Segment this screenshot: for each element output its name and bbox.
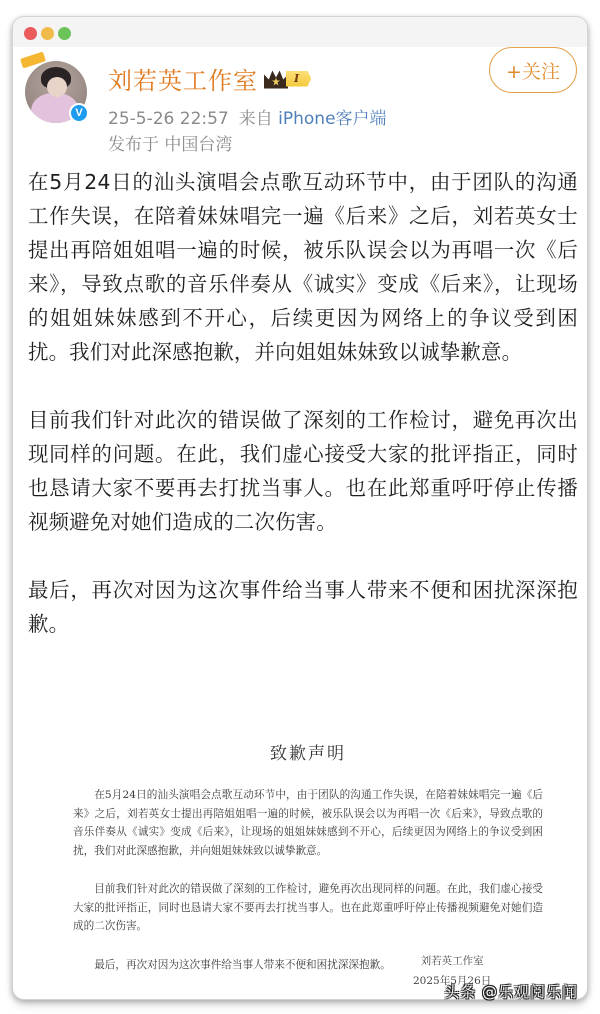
document-title: 致歉声明 xyxy=(73,739,543,764)
verified-icon: V xyxy=(69,103,89,123)
follow-button[interactable]: +关注 xyxy=(489,47,577,93)
document-paragraph-1: 在5月24日的汕头演唱会点歌互动环节中，由于团队的沟通工作失误，在陪着妹妹唱完一… xyxy=(73,786,543,860)
crown-icon xyxy=(264,69,288,89)
post-paragraph-2: 目前我们针对此次的错误做了深刻的工作检讨，避免再次出现同样的问题。在此，我们虚心… xyxy=(28,403,578,539)
watermark: 头条 @乐观阅乐闻 xyxy=(444,981,578,1002)
author-name[interactable]: 刘若英工作室 xyxy=(108,61,258,96)
avatar[interactable]: V xyxy=(25,61,87,123)
apology-document-image[interactable]: 致歉声明 在5月24日的汕头演唱会点歌互动环节中，由于团队的沟通工作失误，在陪着… xyxy=(73,727,543,997)
author-row: 刘若英工作室 I xyxy=(108,61,311,96)
post-body: 在5月24日的汕头演唱会点歌互动环节中，由于团队的沟通工作失误，在陪着妹妹唱完一… xyxy=(28,165,578,675)
post-location: 发布于 中国台湾 xyxy=(108,130,232,155)
title-bar xyxy=(13,17,587,47)
document-signature: 刘若英工作室 xyxy=(413,951,491,971)
post-header: V 刘若英工作室 I 25-5-26 22:57来自 iPhone客户端 发布于… xyxy=(13,47,587,147)
post-paragraph-3: 最后，再次对因为这次事件给当事人带来不便和困扰深深抱歉。 xyxy=(28,573,578,641)
post-source-link[interactable]: iPhone客户端 xyxy=(278,109,386,129)
document-paragraph-2: 目前我们针对此次的错误做了深刻的工作检讨，避免再次出现同样的问题。在此，我们虚心… xyxy=(73,880,543,936)
source-prefix: 来自 xyxy=(239,109,273,129)
post-meta: 25-5-26 22:57来自 iPhone客户端 xyxy=(108,104,387,129)
level-label: I xyxy=(286,71,311,87)
post-paragraph-1: 在5月24日的汕头演唱会点歌互动环节中，由于团队的沟通工作失误，在陪着妹妹唱完一… xyxy=(28,165,578,369)
close-window-button[interactable] xyxy=(24,27,37,40)
star-icon xyxy=(272,78,280,86)
app-window: V 刘若英工作室 I 25-5-26 22:57来自 iPhone客户端 发布于… xyxy=(12,16,588,1000)
maximize-window-button[interactable] xyxy=(58,27,71,40)
traffic-lights xyxy=(24,27,71,40)
post-timestamp: 25-5-26 22:57 xyxy=(108,109,229,129)
minimize-window-button[interactable] xyxy=(41,27,54,40)
member-level-badge[interactable]: I xyxy=(264,68,311,90)
